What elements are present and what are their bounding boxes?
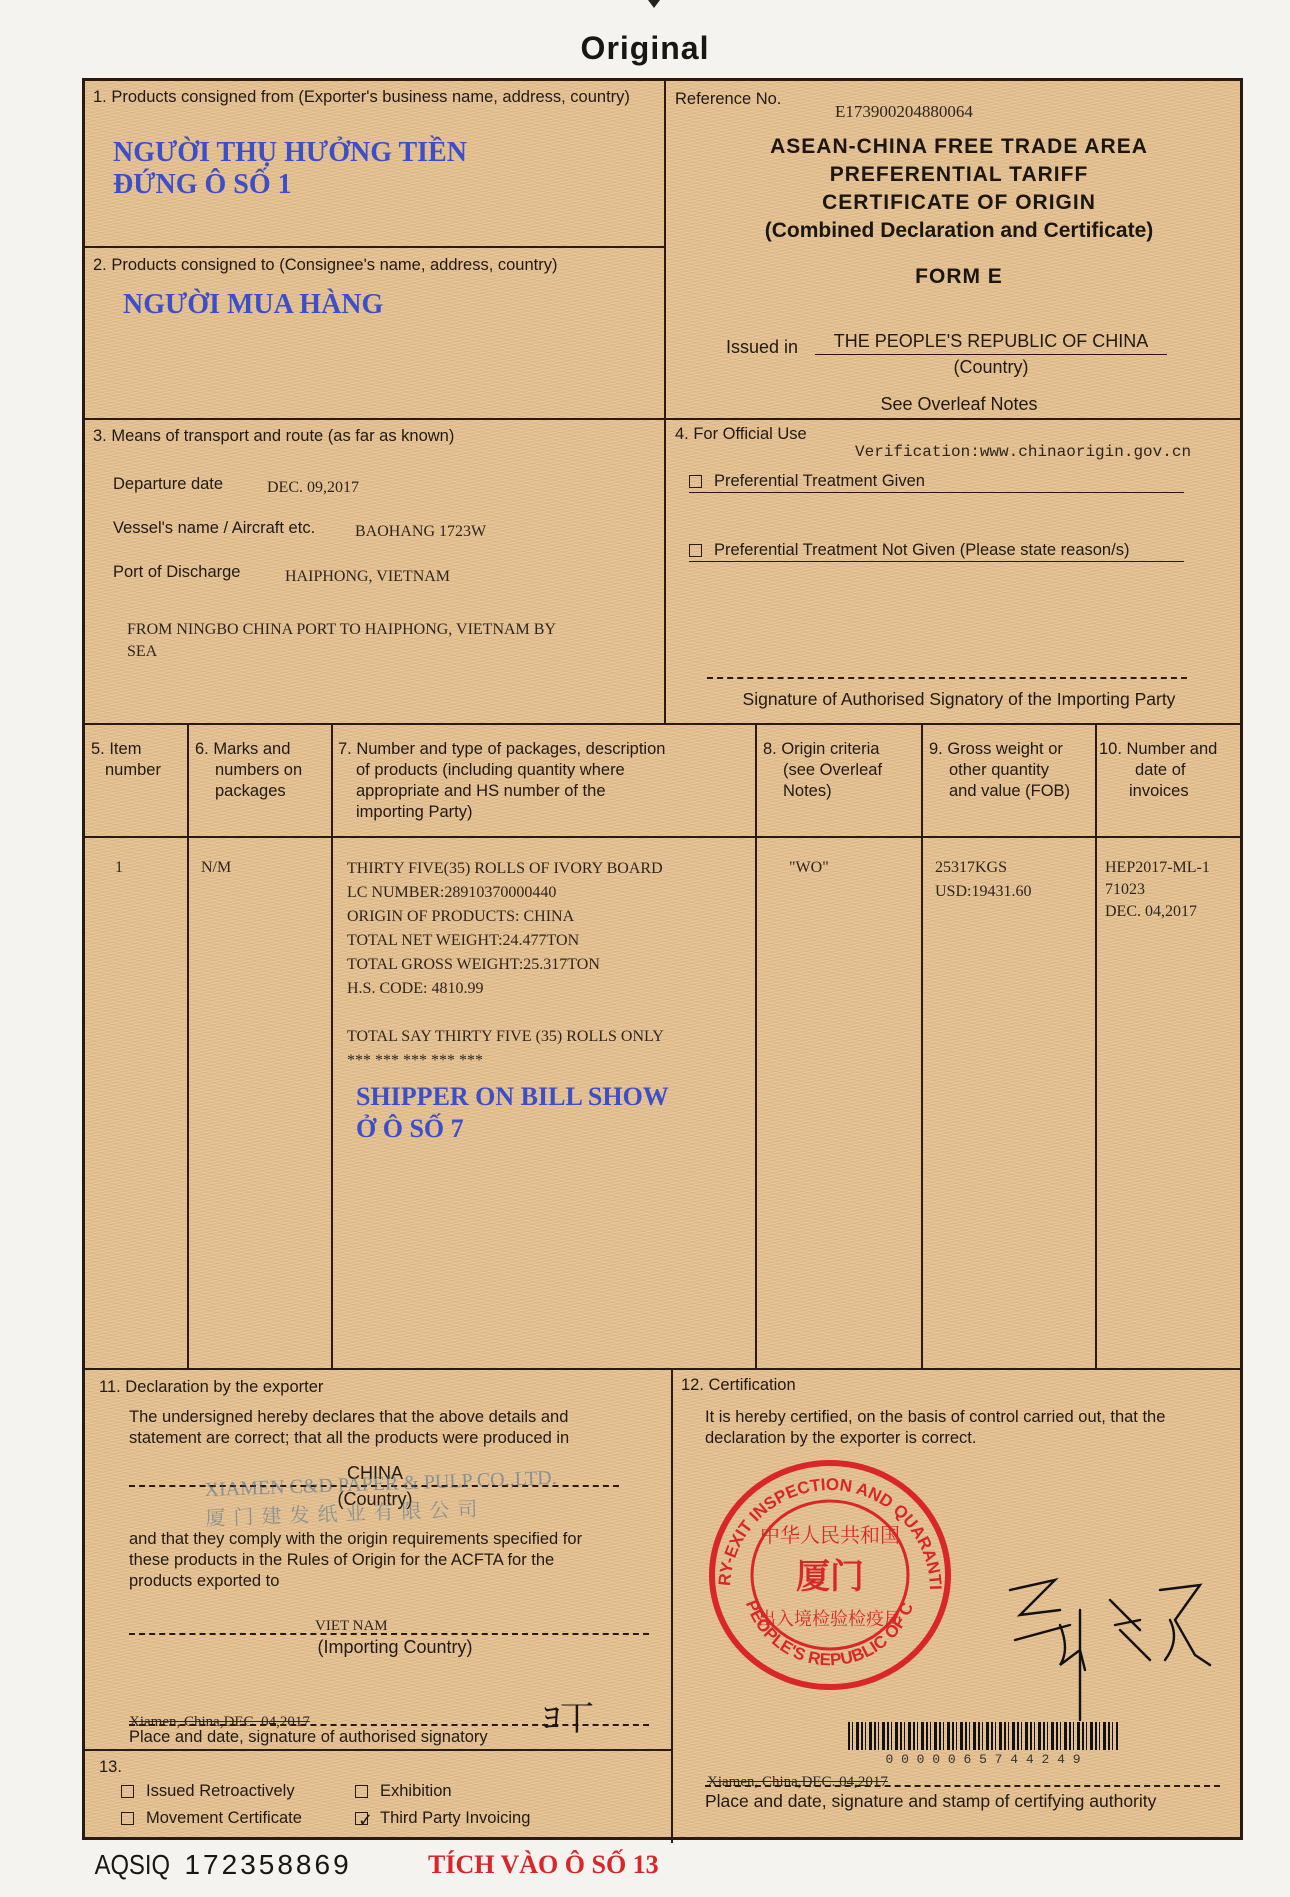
option-movement-certificate[interactable]: Movement Certificate [121,1808,302,1829]
country-caption: (Country) [815,357,1167,378]
box4-label: 4. For Official Use [675,424,807,445]
svg-text:出入境检验检疫局: 出入境检验检疫局 [758,1609,902,1630]
checkbox[interactable] [689,544,702,557]
header-description: 7. Number and type of packages, descript… [338,739,753,823]
description-line: THIRTY FIVE(35) ROLLS OF IVORY BOARD [347,857,664,881]
title-line: (Combined Declaration and Certificate) [675,217,1243,245]
certifier-signature [1000,1570,1220,1730]
barcode-number: 0 0 0 0 0 6 5 7 4 4 2 4 9 [848,1752,1118,1767]
verification-url: Verification:www.chinaorigin.gov.cn [855,441,1191,463]
box1-label: 1. Products consigned from (Exporter's b… [93,87,653,108]
importing-country-line [129,1633,649,1635]
divider [1095,723,1097,1368]
header-line: importing Party) [338,802,753,823]
document-title: Original [0,30,1290,67]
aqsiq-number: 172358869 [184,1849,351,1880]
annotation-line: SHIPPER ON BILL SHOW [356,1081,669,1113]
signature-line [707,677,1187,679]
route-line: SEA [127,641,556,663]
header-line: other quantity [929,760,1093,781]
route: FROM NINGBO CHINA PORT TO HAIPHONG, VIET… [127,619,556,663]
box7-annotation: SHIPPER ON BILL SHOW Ở Ô SỐ 7 [356,1081,669,1145]
invoice-number: 71023 [1105,879,1210,901]
divider [187,723,189,1368]
header-line: invoices [1099,781,1243,802]
issued-in-value: THE PEOPLE'S REPUBLIC OF CHINA [815,331,1167,355]
description-line [347,1001,664,1025]
header-invoices: 10. Number and date of invoices [1099,739,1243,802]
cell-origin-criteria: "WO" [789,857,829,879]
barcode [848,1722,1118,1750]
text-line: The undersigned hereby declares that the… [129,1407,659,1428]
box12-signature-caption: Place and date, signature and stamp of c… [705,1791,1156,1812]
header-line: packages [195,781,329,802]
checkbox[interactable] [121,1785,134,1798]
exporter-signature: ﾖ丅 [543,1691,594,1740]
box2-label: 2. Products consigned to (Consignee's na… [93,255,557,276]
box11-text2: and that they comply with the origin req… [129,1529,669,1592]
divider [85,1749,671,1751]
departure-date-value: DEC. 09,2017 [267,477,359,499]
svg-text:中华人民共和国: 中华人民共和国 [760,1523,900,1547]
certificate-title: ASEAN-CHINA FREE TRADE AREA PREFERENTIAL… [675,133,1243,245]
header-line: 5. Item [91,739,185,760]
description-line: TOTAL SAY THIRTY FIVE (35) ROLLS ONLY [347,1025,664,1049]
divider [755,723,757,1368]
header-line: (see Overleaf [763,760,919,781]
cell-marks: N/M [201,857,231,879]
cell-gross-weight: 25317KGS [935,857,1007,879]
reference-label: Reference No. [675,89,781,110]
box11-text1: The undersigned hereby declares that the… [129,1407,659,1449]
port-label: Port of Discharge [113,562,240,583]
reference-number: E173900204880064 [835,101,973,123]
box1-annotation-line: NGƯỜI THỤ HƯỞNG TIỀN [113,137,467,169]
box2-annotation: NGƯỜI MUA HÀNG [123,289,383,321]
title-line: PREFERENTIAL TARIFF [675,161,1243,189]
text-line: declaration by the exporter is correct. [705,1428,1235,1449]
header-line: number [91,760,185,781]
divider [85,836,1243,838]
route-line: FROM NINGBO CHINA PORT TO HAIPHONG, VIET… [127,619,556,641]
option-label: Movement Certificate [146,1809,302,1827]
form-e-label: FORM E [675,263,1243,291]
divider [331,723,333,1368]
header-line: 6. Marks and [195,739,329,760]
title-line: ASEAN-CHINA FREE TRADE AREA [675,133,1243,161]
box13-label: 13. [99,1757,122,1778]
header-marks: 6. Marks and numbers on packages [195,739,329,802]
checkbox-checked[interactable]: ✓ [355,1812,368,1825]
header-line: and value (FOB) [929,781,1093,802]
divider [85,246,664,248]
company-stamp: XIAMEN C&D PAPER & PULP CO.,LTD. 厦门建发纸业有… [204,1467,558,1531]
departure-date-label: Departure date [113,474,223,495]
box13-annotation: TÍCH VÀO Ô SỐ 13 [428,1850,659,1880]
cell-value-fob: USD:19431.60 [935,881,1031,903]
header-origin-criteria: 8. Origin criteria (see Overleaf Notes) [763,739,919,802]
invoice-number: HEP2017-ML-1 [1105,857,1210,879]
cell-item-number: 1 [115,857,123,879]
annotation-line: Ở Ô SỐ 7 [356,1113,669,1145]
divider [85,1368,1243,1370]
checkbox[interactable] [355,1785,368,1798]
importing-country-caption: (Importing Country) [245,1637,545,1658]
option-label: Third Party Invoicing [380,1809,530,1827]
checkbox[interactable] [689,475,702,488]
header-line: appropriate and HS number of the [338,781,753,802]
divider [85,418,1243,420]
text-line: products exported to [129,1571,669,1592]
option-label: Issued Retroactively [146,1782,295,1800]
option-issued-retroactively[interactable]: Issued Retroactively [121,1781,295,1802]
description-line: TOTAL GROSS WEIGHT:25.317TON [347,953,664,977]
box11-label: 11. Declaration by the exporter [99,1377,323,1398]
title-line: CERTIFICATE OF ORIGIN [675,189,1243,217]
official-stamp: XIAMEN ENTRY-EXIT INSPECTION AND QUARANT… [700,1450,960,1700]
vessel-value: BAOHANG 1723W [355,521,486,543]
description-line: TOTAL NET WEIGHT:24.477TON [347,929,664,953]
box12-place-date: Xiamen, China,DEC. 04,2017 [707,1771,888,1793]
text-line: It is hereby certified, on the basis of … [705,1407,1235,1428]
option-label: Exhibition [380,1782,452,1800]
box1-annotation-line: ĐỨNG Ô SỐ 1 [113,169,467,201]
option-third-party-invoicing[interactable]: ✓Third Party Invoicing [355,1808,530,1829]
cell-invoice: HEP2017-ML-1 71023 DEC. 04,2017 [1105,857,1210,923]
vessel-label: Vessel's name / Aircraft etc. [113,518,315,539]
cell-description: THIRTY FIVE(35) ROLLS OF IVORY BOARDLC N… [347,857,664,1073]
header-line: numbers on [195,760,329,781]
header-line: 7. Number and type of packages, descript… [338,739,753,760]
description-line: LC NUMBER:28910370000440 [347,881,664,905]
text-line: statement are correct; that all the prod… [129,1428,659,1449]
description-line: H.S. CODE: 4810.99 [347,977,664,1001]
text-line: these products in the Rules of Origin fo… [129,1550,669,1571]
option-label: Preferential Treatment Not Given (Please… [714,541,1129,559]
option-preferential-not-given[interactable]: Preferential Treatment Not Given (Please… [689,540,1184,562]
box3-label: 3. Means of transport and route (as far … [93,426,454,447]
divider [85,723,1243,725]
divider [664,81,666,724]
invoice-date: DEC. 04,2017 [1105,901,1210,923]
box11-signature-caption: Place and date, signature of authorised … [129,1727,488,1748]
box4-signature-caption: Signature of Authorised Signatory of the… [675,689,1243,710]
option-exhibition[interactable]: Exhibition [355,1781,452,1802]
description-line: ORIGIN OF PRODUCTS: CHINA [347,905,664,929]
header-line: Notes) [763,781,919,802]
option-preferential-given[interactable]: Preferential Treatment Given [689,471,1184,493]
divider [921,723,923,1368]
aqsiq-code: AQSIQ 172358869 [88,1848,352,1882]
box12-signature-line [705,1785,1220,1787]
box12-text: It is hereby certified, on the basis of … [705,1407,1235,1449]
checkmark-icon: ✓ [358,1811,373,1829]
overleaf-notes: See Overleaf Notes [675,394,1243,415]
text-line: and that they comply with the origin req… [129,1529,669,1550]
issued-in-label: Issued in [726,337,798,358]
top-fold-mark [648,0,660,8]
box12-label: 12. Certification [681,1375,796,1396]
description-line: *** *** *** *** *** [347,1049,664,1073]
header-line: date of [1099,760,1243,781]
option-label: Preferential Treatment Given [714,472,925,490]
divider [671,1368,673,1843]
checkbox[interactable] [121,1812,134,1825]
header-item-number: 5. Item number [91,739,185,781]
aqsiq-label: AQSIQ [95,1848,170,1882]
header-line: 9. Gross weight or [929,739,1093,760]
header-line: 8. Origin criteria [763,739,919,760]
svg-text:厦门: 厦门 [796,1557,864,1597]
port-value: HAIPHONG, VIETNAM [285,566,450,588]
header-line: of products (including quantity where [338,760,753,781]
box1-annotation: NGƯỜI THỤ HƯỞNG TIỀN ĐỨNG Ô SỐ 1 [113,137,467,201]
header-line: 10. Number and [1099,739,1243,760]
header-gross-weight: 9. Gross weight or other quantity and va… [929,739,1093,802]
